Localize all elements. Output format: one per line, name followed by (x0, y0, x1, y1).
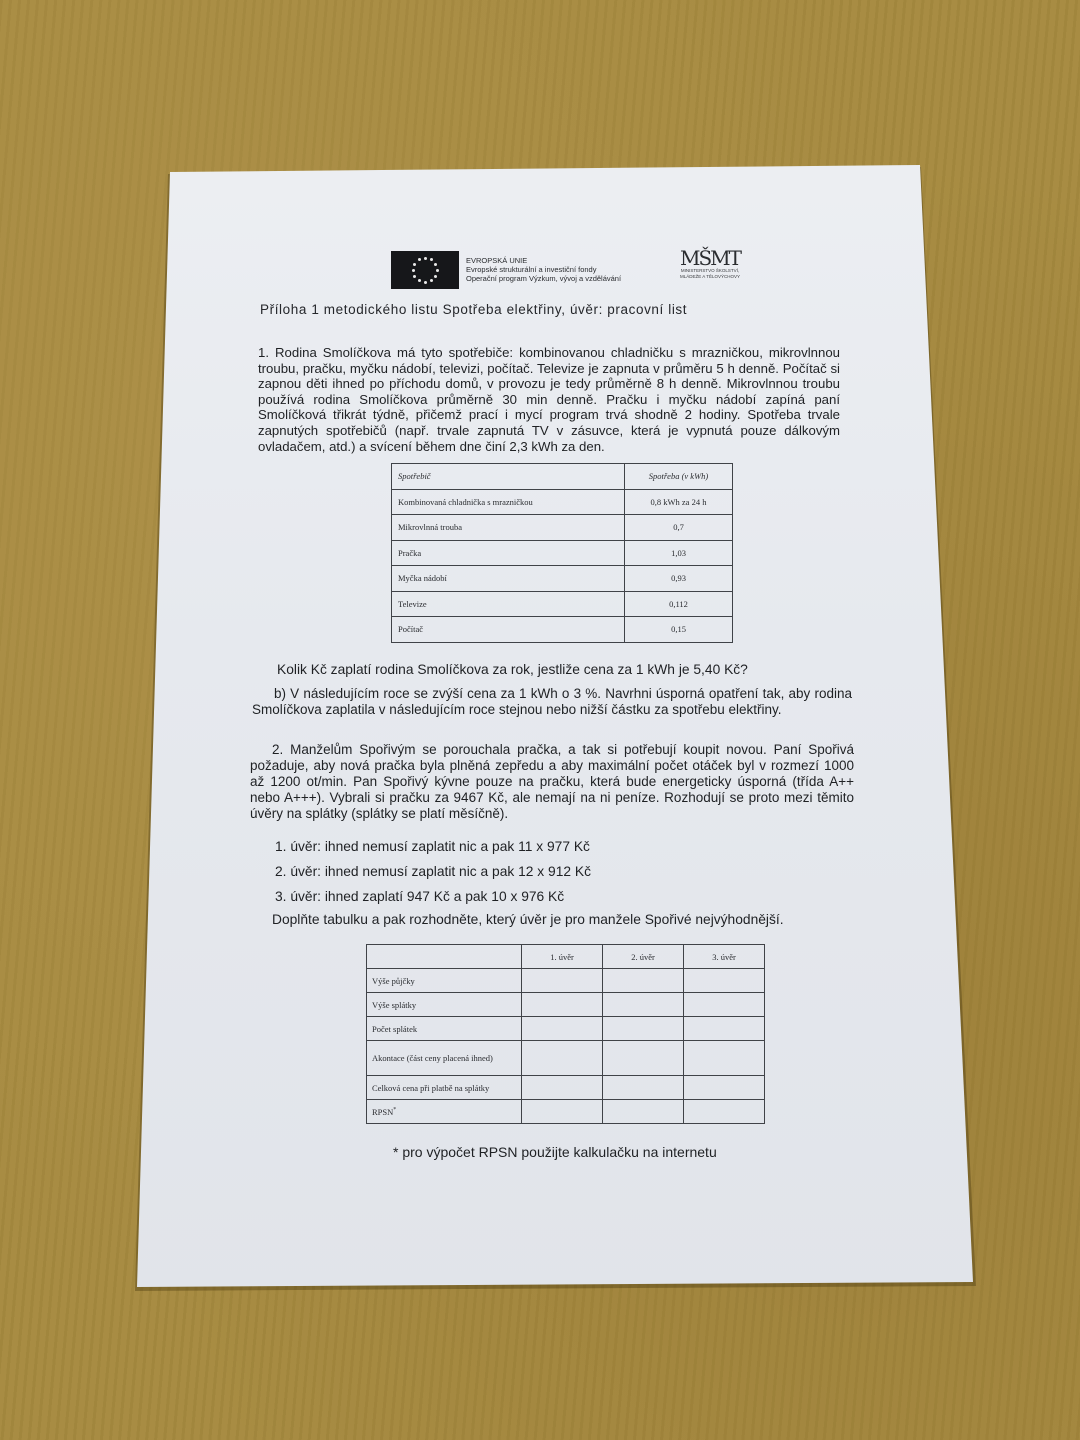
eu-line-1: EVROPSKÁ UNIE (466, 256, 621, 265)
empty-answer-cell[interactable] (522, 1100, 603, 1124)
table-row: Kombinovaná chladnička s mrazničkou0,8 k… (392, 489, 733, 515)
corner-cell (367, 945, 522, 969)
task-2-instruction: Doplňte tabulku a pak rozhodněte, který … (272, 912, 784, 927)
msmt-logo: MŠMT MINISTERSTVO ŠKOLSTVÍ, MLÁDEŽE A TĚ… (660, 248, 760, 280)
table-row: Televize0,112 (392, 591, 733, 617)
appliance-cell: Pračka (392, 540, 625, 566)
loan-option-1: 1. úvěr: ihned nemusí zaplatit nic a pak… (275, 839, 590, 854)
empty-answer-cell[interactable] (603, 969, 684, 993)
eu-flag-icon (391, 251, 459, 289)
consumption-cell: 0,7 (625, 515, 733, 541)
eu-star-icon (434, 263, 437, 266)
eu-line-2: Evropské strukturální a investiční fondy (466, 265, 621, 274)
empty-answer-cell[interactable] (684, 1041, 765, 1076)
task-1-text: 1. Rodina Smolíčkova má tyto spotřebiče:… (258, 345, 840, 454)
empty-answer-cell[interactable] (522, 1076, 603, 1100)
empty-answer-cell[interactable] (603, 1100, 684, 1124)
question-b-text: b) V následujícím roce se zvýší cena za … (252, 686, 852, 717)
appliance-cell: Myčka nádobí (392, 566, 625, 592)
eu-star-icon (424, 281, 427, 284)
appliance-cell: Kombinovaná chladnička s mrazničkou (392, 489, 625, 515)
row-label-cell: Výše půjčky (367, 969, 522, 993)
document-title: Příloha 1 metodického listu Spotřeba ele… (260, 302, 687, 317)
eu-star-icon (430, 279, 433, 282)
loan-header-cell: 1. úvěr (522, 945, 603, 969)
table-header-row: SpotřebičSpotřeba (v kWh) (392, 464, 733, 490)
loan-header-cell: 2. úvěr (603, 945, 684, 969)
msmt-line-2: MLÁDEŽE A TĚLOVÝCHOVY (660, 274, 760, 280)
empty-answer-cell[interactable] (684, 993, 765, 1017)
loan-option-3: 3. úvěr: ihned zaplatí 947 Kč a pak 10 x… (275, 889, 564, 904)
eu-star-icon (413, 275, 416, 278)
empty-answer-cell[interactable] (522, 1041, 603, 1076)
eu-star-icon (436, 269, 439, 272)
empty-answer-cell[interactable] (684, 969, 765, 993)
consumption-cell: Spotřeba (v kWh) (625, 464, 733, 490)
empty-answer-cell[interactable] (603, 1017, 684, 1041)
table-row: Pračka1,03 (392, 540, 733, 566)
empty-answer-cell[interactable] (522, 993, 603, 1017)
table-row: Počítač0,15 (392, 617, 733, 643)
table-header-row: 1. úvěr2. úvěr3. úvěr (367, 945, 765, 969)
task-1-question-a: Kolik Kč zaplatí rodina Smolíčkova za ro… (277, 662, 748, 677)
table-row: Mikrovlnná trouba0,7 (392, 515, 733, 541)
eu-star-icon (430, 258, 433, 261)
task-2-text: 2. Manželům Spořivým se porouchala pračk… (250, 742, 854, 822)
empty-answer-cell[interactable] (603, 1041, 684, 1076)
eu-star-icon (412, 269, 415, 272)
task-1-question-b: b) V následujícím roce se zvýší cena za … (252, 686, 852, 718)
eu-star-icon (434, 275, 437, 278)
table-row: Výše splátky (367, 993, 765, 1017)
empty-answer-cell[interactable] (684, 1076, 765, 1100)
rpsn-footnote: * pro výpočet RPSN použijte kalkulačku n… (393, 1144, 717, 1160)
loan-option-2: 2. úvěr: ihned nemusí zaplatit nic a pak… (275, 864, 591, 879)
row-label-cell: Výše splátky (367, 993, 522, 1017)
eu-star-icon (418, 258, 421, 261)
empty-answer-cell[interactable] (603, 1076, 684, 1100)
table-row: Akontace (část ceny placená ihned) (367, 1041, 765, 1076)
table-row: Celková cena při platbě na splátky (367, 1076, 765, 1100)
consumption-cell: 0,112 (625, 591, 733, 617)
table-row: Výše půjčky (367, 969, 765, 993)
table-row: RPSN* (367, 1100, 765, 1124)
consumption-cell: 1,03 (625, 540, 733, 566)
eu-funding-text: EVROPSKÁ UNIE Evropské strukturální a in… (466, 256, 621, 283)
row-label-cell: Počet splátek (367, 1017, 522, 1041)
loan-comparison-table: 1. úvěr2. úvěr3. úvěrVýše půjčkyVýše spl… (366, 944, 765, 1124)
eu-line-3: Operační program Výzkum, vývoj a vzděláv… (466, 274, 621, 283)
appliance-cell: Mikrovlnná trouba (392, 515, 625, 541)
consumption-cell: 0,8 kWh za 24 h (625, 489, 733, 515)
eu-star-icon (424, 257, 427, 260)
appliance-cell: Televize (392, 591, 625, 617)
eu-star-icon (418, 279, 421, 282)
msmt-logo-icon: MŠMT (660, 248, 760, 268)
footnote-mark: * (393, 1107, 396, 1113)
row-label-cell: Akontace (část ceny placená ihned) (367, 1041, 522, 1076)
appliance-cell: Počítač (392, 617, 625, 643)
consumption-cell: 0,93 (625, 566, 733, 592)
worksheet-content: EVROPSKÁ UNIE Evropské strukturální a in… (0, 0, 1080, 1440)
consumption-table: SpotřebičSpotřeba (v kWh)Kombinovaná chl… (391, 463, 733, 643)
consumption-cell: 0,15 (625, 617, 733, 643)
empty-answer-cell[interactable] (684, 1100, 765, 1124)
loan-header-cell: 3. úvěr (684, 945, 765, 969)
empty-answer-cell[interactable] (603, 993, 684, 1017)
eu-star-icon (413, 263, 416, 266)
empty-answer-cell[interactable] (522, 969, 603, 993)
empty-answer-cell[interactable] (684, 1017, 765, 1041)
appliance-cell: Spotřebič (392, 464, 625, 490)
task-2-body: 2. Manželům Spořivým se porouchala pračk… (250, 742, 854, 821)
row-label-cell: RPSN* (367, 1100, 522, 1124)
row-label-cell: Celková cena při platbě na splátky (367, 1076, 522, 1100)
table-row: Myčka nádobí0,93 (392, 566, 733, 592)
empty-answer-cell[interactable] (522, 1017, 603, 1041)
table-row: Počet splátek (367, 1017, 765, 1041)
